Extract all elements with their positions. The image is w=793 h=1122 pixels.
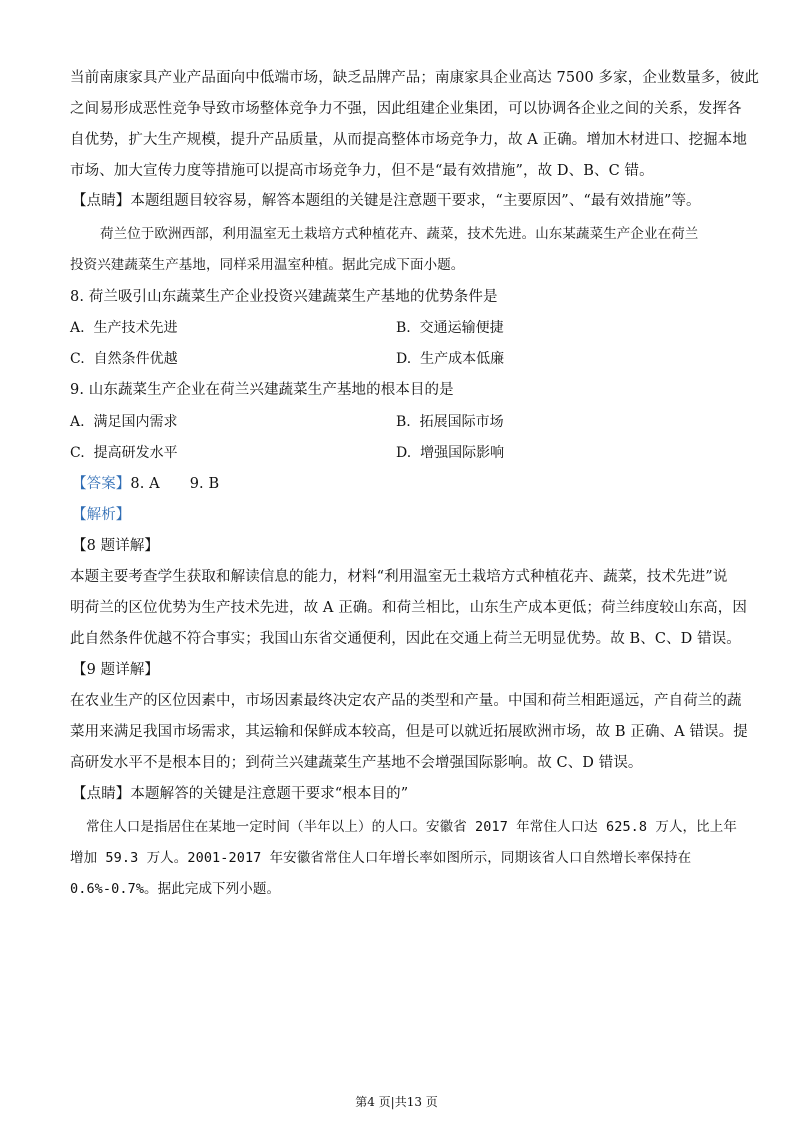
tip-note: 【点睛】本题组题目较容易，解答本题组的关键是注意题干要求，“主要原因”、“最有效… — [72, 191, 701, 211]
option-text: 满足国内需求 — [93, 414, 177, 430]
text-line: 高研发水平不是根本目的；到荷兰兴建蔬菜生产基地不会增强国际影响。故 C、D 错误… — [70, 753, 643, 773]
answer-9: 9. B — [190, 476, 220, 492]
text-line: 之间易形成恶性竞争导致市场整体竞争力不强，因此组建企业集团，可以协调各企业之间的… — [70, 99, 742, 119]
option-label: C. — [70, 351, 85, 367]
option-text: 生产成本低廉 — [420, 351, 504, 367]
text-line: 市场、加大宣传力度等措施可以提高市场竞争力，但不是“最有效措施”，故 D、B、C… — [70, 161, 654, 181]
option-label: D. — [396, 351, 411, 367]
text-line: 明荷兰的区位优势为生产技术先进，故 A 正确。和荷兰相比，山东生产成本更低；荷兰… — [70, 598, 747, 618]
text-line: 常住人口是指居住在某地一定时间（半年以上）的人口。安徽省 2017 年常住人口达… — [86, 817, 737, 837]
question-stem: 8. 荷兰吸引山东蔬菜生产企业投资兴建蔬菜生产基地的优势条件是 — [70, 287, 498, 307]
text-line: 投资兴建蔬菜生产基地，同样采用温室种植。据此完成下面小题。 — [70, 255, 464, 275]
text-line: 本题主要考查学生获取和解读信息的能力，材料“利用温室无土栽培方式种植花卉、蔬菜，… — [70, 567, 727, 587]
text-line: 当前南康家具产业产品面向中低端市场，缺乏品牌产品；南康家具企业高达 7500 多… — [70, 68, 759, 88]
page-footer: 第4 页|共13 页 — [0, 1093, 793, 1110]
option-label: D. — [396, 445, 411, 461]
text-line: 荷兰位于欧洲西部，利用温室无土栽培方式种植花卉、蔬菜，技术先进。山东某蔬菜生产企… — [100, 224, 698, 244]
answer-line: 【答案】8. A9. B — [72, 474, 219, 494]
option-text: 生产技术先进 — [93, 320, 177, 336]
answer-8: 8. A — [130, 476, 159, 492]
text-line: 此自然条件优越不符合事实；我国山东省交通便利，因此在交通上荷兰无明显优势。故 B… — [70, 629, 741, 649]
option-a: A. 满足国内需求 — [70, 412, 177, 432]
detail-tag: 【9 题详解】 — [72, 660, 159, 680]
text-line: 0.6%-0.7%。据此完成下列小题。 — [70, 879, 280, 899]
option-label: B. — [396, 320, 411, 336]
option-text: 增强国际影响 — [420, 445, 504, 461]
text-line: 菜用来满足我国市场需求，其运输和保鲜成本较高，但是可以就近拓展欧洲市场，故 B … — [70, 722, 748, 742]
text-line: 自优势，扩大生产规模，提升产品质量，从而提高整体市场竞争力，故 A 正确。增加木… — [70, 130, 747, 150]
option-b: B. 拓展国际市场 — [396, 412, 504, 432]
option-label: C. — [70, 445, 85, 461]
option-text: 提高研发水平 — [94, 445, 178, 461]
option-c: C. 提高研发水平 — [70, 443, 178, 463]
option-a: A. 生产技术先进 — [70, 318, 177, 338]
option-d: D. 增强国际影响 — [396, 443, 504, 463]
tip-note: 【点睛】本题解答的关键是注意题干要求“根本目的” — [72, 784, 408, 804]
option-label: A. — [70, 320, 85, 336]
detail-tag: 【8 题详解】 — [72, 536, 159, 556]
analysis-tag: 【解析】 — [72, 505, 130, 525]
option-label: A. — [70, 414, 85, 430]
option-c: C. 自然条件优越 — [70, 349, 178, 369]
option-text: 拓展国际市场 — [420, 414, 504, 430]
question-stem: 9. 山东蔬菜生产企业在荷兰兴建蔬菜生产基地的根本目的是 — [70, 380, 454, 400]
text-line: 增加 59.3 万人。2001-2017 年安徽省常住人口年增长率如图所示，同期… — [70, 848, 691, 868]
text-line: 在农业生产的区位因素中，市场因素最终决定农产品的类型和产量。中国和荷兰相距遥远，… — [70, 691, 742, 711]
document-page: 当前南康家具产业产品面向中低端市场，缺乏品牌产品；南康家具企业高达 7500 多… — [0, 0, 793, 1122]
option-text: 自然条件优越 — [94, 351, 178, 367]
option-text: 交通运输便捷 — [420, 320, 504, 336]
option-b: B. 交通运输便捷 — [396, 318, 504, 338]
option-label: B. — [396, 414, 411, 430]
answer-tag: 【答案】 — [72, 476, 130, 492]
option-d: D. 生产成本低廉 — [396, 349, 504, 369]
